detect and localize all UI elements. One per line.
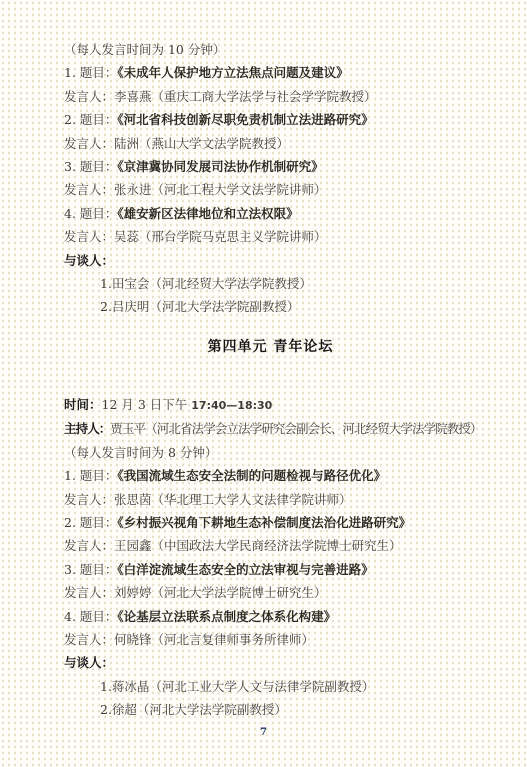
- topic-title: 《未成年人保护地方立法焦点问题及建议》: [117, 65, 348, 80]
- speaker-label: 发言人：: [64, 229, 114, 244]
- speaker-name: 王园鑫（中国政法大学民商经济法学院博士研究生）: [114, 538, 402, 553]
- topic-title: 《河北省科技创新尽职免责机制立法进路研究》: [117, 112, 373, 127]
- host-name: 贾玉平（河北省法学会立法学研究会副会长、河北经贸大学法学院教授）: [110, 421, 481, 436]
- speaker-label: 发言人：: [64, 136, 114, 151]
- page-number: 7: [0, 726, 527, 740]
- unit4-discussant-2: 2.徐超（河北大学法学院副教授）: [64, 698, 477, 721]
- unit3-speaker-line-2: 发言人：陆洲（燕山大学文法学院教授）: [64, 132, 477, 155]
- speaker-label: 发言人：: [64, 585, 114, 600]
- unit4-discussants-label: 与谈人：: [64, 651, 477, 674]
- topic-title: 《京津冀协同发展司法协作机制研究》: [117, 159, 323, 174]
- topic-label: 3. 题目：: [64, 159, 117, 174]
- host-label: 主持人：: [64, 421, 110, 436]
- topic-label: 3. 题目：: [64, 562, 117, 577]
- unit4-section-heading: 第四单元 青年论坛: [64, 335, 477, 359]
- unit3-topic-line-2: 2. 题目：《河北省科技创新尽职免责机制立法进路研究》: [64, 108, 477, 131]
- document-content: （每人发言时间为 10 分钟） 1. 题目：《未成年人保护地方立法焦点问题及建议…: [0, 0, 527, 722]
- unit4-topic-line-2: 2. 题目：《乡村振兴视角下耕地生态补偿制度法治化进路研究》: [64, 511, 477, 534]
- unit3-topic-line-4: 4. 题目：《雄安新区法律地位和立法权限》: [64, 202, 477, 225]
- speaker-name: 张思茵（华北理工大学人文法律学院讲师）: [114, 492, 352, 507]
- unit4-time-line: 时间：12 月 3 日下午 17:40—18:30: [64, 393, 477, 417]
- unit3-discussants-label: 与谈人：: [64, 249, 477, 272]
- topic-title: 《我国流域生态安全法制的问题检视与路径优化》: [117, 468, 386, 483]
- unit4-host-line: 主持人：贾玉平（河北省法学会立法学研究会副会长、河北经贸大学法学院教授）: [64, 417, 477, 440]
- unit3-speaker-line-1: 发言人：李喜燕（重庆工商大学法学与社会学学院教授）: [64, 85, 477, 108]
- time-range: 17:40—18:30: [191, 399, 272, 412]
- time-date: 12 月 3 日下午: [102, 397, 192, 412]
- speaker-label: 发言人：: [64, 632, 114, 647]
- topic-label: 1. 题目：: [64, 468, 117, 483]
- speaker-name: 吴蕊（邢台学院马克思主义学院讲师）: [114, 229, 327, 244]
- speaker-name: 何晓锋（河北言复律师事务所律师）: [114, 632, 314, 647]
- unit4-time-note: （每人发言时间为 8 分钟）: [64, 441, 477, 464]
- speaker-label: 发言人：: [64, 538, 114, 553]
- topic-title: 《乡村振兴视角下耕地生态补偿制度法治化进路研究》: [117, 515, 411, 530]
- speaker-name: 陆洲（燕山大学文法学院教授）: [114, 136, 289, 151]
- unit3-speaker-line-3: 发言人：张永进（河北工程大学文法学院讲师）: [64, 178, 477, 201]
- speaker-name: 张永进（河北工程大学文法学院讲师）: [114, 182, 327, 197]
- document-page: （每人发言时间为 10 分钟） 1. 题目：《未成年人保护地方立法焦点问题及建议…: [0, 0, 527, 767]
- topic-label: 4. 题目：: [64, 609, 117, 624]
- unit3-topic-line-1: 1. 题目：《未成年人保护地方立法焦点问题及建议》: [64, 61, 477, 84]
- unit4-discussant-1: 1.蒋冰晶（河北工业大学人文与法律学院副教授）: [64, 675, 477, 698]
- topic-label: 4. 题目：: [64, 206, 117, 221]
- unit3-topic-line-3: 3. 题目：《京津冀协同发展司法协作机制研究》: [64, 155, 477, 178]
- unit3-time-note: （每人发言时间为 10 分钟）: [64, 38, 477, 61]
- unit4-speaker-line-2: 发言人：王园鑫（中国政法大学民商经济法学院博士研究生）: [64, 534, 477, 557]
- unit4-speaker-line-4: 发言人：何晓锋（河北言复律师事务所律师）: [64, 628, 477, 651]
- unit3-discussant-1: 1.田宝会（河北经贸大学法学院教授）: [64, 272, 477, 295]
- topic-title: 《白洋淀流域生态安全的立法审视与完善进路》: [117, 562, 373, 577]
- unit4-speaker-line-1: 发言人：张思茵（华北理工大学人文法律学院讲师）: [64, 488, 477, 511]
- speaker-label: 发言人：: [64, 182, 114, 197]
- unit4-topic-line-1: 1. 题目：《我国流域生态安全法制的问题检视与路径优化》: [64, 464, 477, 487]
- time-label: 时间：: [64, 397, 102, 412]
- topic-title: 《论基层立法联系点制度之体系化构建》: [117, 609, 336, 624]
- topic-title: 《雄安新区法律地位和立法权限》: [117, 206, 298, 221]
- topic-label: 2. 题目：: [64, 112, 117, 127]
- speaker-name: 刘婷婷（河北大学法学院博士研究生）: [114, 585, 327, 600]
- unit4-topic-line-3: 3. 题目：《白洋淀流域生态安全的立法审视与完善进路》: [64, 558, 477, 581]
- unit4-topic-line-4: 4. 题目：《论基层立法联系点制度之体系化构建》: [64, 605, 477, 628]
- topic-label: 2. 题目：: [64, 515, 117, 530]
- unit3-speaker-line-4: 发言人：吴蕊（邢台学院马克思主义学院讲师）: [64, 225, 477, 248]
- speaker-label: 发言人：: [64, 89, 114, 104]
- unit4-speaker-line-3: 发言人：刘婷婷（河北大学法学院博士研究生）: [64, 581, 477, 604]
- topic-label: 1. 题目：: [64, 65, 117, 80]
- speaker-label: 发言人：: [64, 492, 114, 507]
- unit3-discussant-2: 2.吕庆明（河北大学法学院副教授）: [64, 295, 477, 318]
- speaker-name: 李喜燕（重庆工商大学法学与社会学学院教授）: [114, 89, 377, 104]
